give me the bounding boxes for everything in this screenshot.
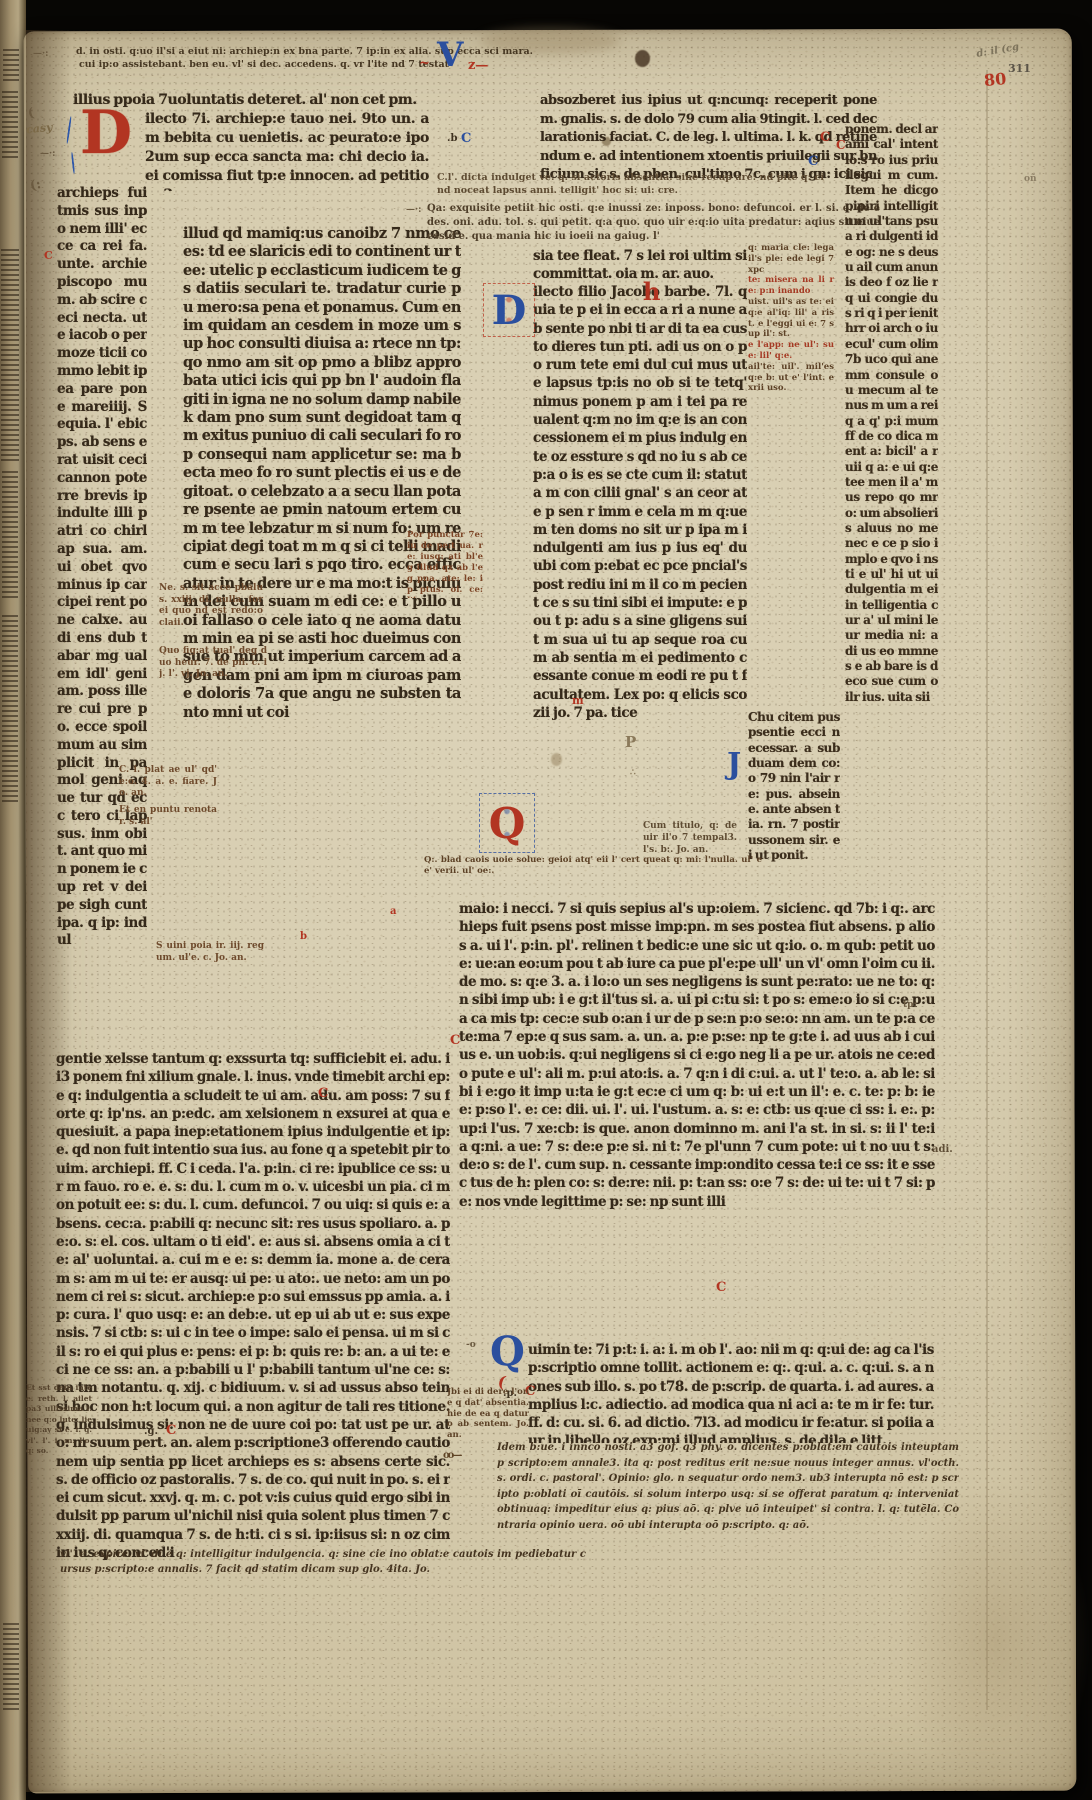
gloss-column-right: ponem. decl arami cal' intentio:s ro ius… <box>845 122 938 910</box>
margin-note-adi: adi. <box>932 1144 953 1155</box>
citation-text-red: te: misera na li re: p:n inando <box>748 275 834 297</box>
edge-text-fragment <box>1 246 19 461</box>
pilcrow-red: C <box>44 249 53 262</box>
rubric-mark-m: m <box>572 694 584 707</box>
initial-d-red: D <box>80 104 132 162</box>
tie-mark-small: -o <box>466 1340 476 1350</box>
gutter-note-acce: Ne. s. sit acce pbalus. xxiij. di. nulla… <box>159 583 263 643</box>
citation-text-red: e l'app: ne ul': sue: lil' q:e. <box>748 340 834 362</box>
red-folio-number: 80 <box>983 69 1007 90</box>
margin-note-left-bottom: Et sst dein intee. reth. l. ailet pa3 ul… <box>26 1383 92 1487</box>
fold-crease <box>986 70 988 1710</box>
running-title-flourish-right: z— <box>468 58 488 73</box>
paragraph-dash-mark: —·: <box>33 49 48 59</box>
pilcrow-red: C <box>166 1423 176 1438</box>
tie-mark-double: oo— <box>443 1450 460 1461</box>
margin-note-on: oñ <box>1024 174 1037 184</box>
edge-text-fragment <box>2 88 18 158</box>
initial-q-blue: Q <box>490 1332 525 1372</box>
pilcrow-red: C <box>716 1280 726 1295</box>
citation-text: uist. uil's as te: ei q:e al'iq: lil' a … <box>748 297 834 340</box>
pilcrow-blue: C <box>461 131 471 146</box>
correction-letter-b: b <box>300 931 307 942</box>
gutter-note-jbi: Jbi ei di dere l'one q dat' absentia. hi… <box>447 1387 529 1447</box>
gutter-note-quo: Quo fig:at tual' deg duo heur. 7. de pii… <box>159 646 267 698</box>
citation-text: q: maria cle: lega il's ple: ede legi 7 … <box>748 243 834 275</box>
initial-q-red-box: Q <box>479 793 535 853</box>
column-footnote-blada: Q:. blad caois uoie solue: geioi atq' ei… <box>424 855 762 881</box>
catch-letter-b: .b <box>447 133 457 144</box>
citation-text: ail'te: uil'. mil'es q:e b: ut e' l'int.… <box>748 362 834 394</box>
pencil-foliation: 311 <box>1008 62 1031 75</box>
pilcrow-red: C <box>318 1086 328 1101</box>
running-title-flourish-left: ~ <box>419 56 430 71</box>
pilcrow-blue: C <box>808 154 818 169</box>
catch-letter-g: .g. <box>144 1426 158 1437</box>
initial-h-red: h <box>643 280 660 304</box>
manuscript-photo: d: il (cg 311 80 oñ d. in osti. q:uo il'… <box>0 0 1092 1800</box>
edge-text-fragment <box>2 612 18 802</box>
lower-right-text-block-end: uimin te: 7i p:t: i. a: i. m ob l'. ao: … <box>528 1341 934 1443</box>
pilcrow-red: C <box>820 130 830 145</box>
text-column-right: ilecto filio Jacobo barbe. 7l. quia te p… <box>533 283 747 909</box>
pen-flourish-dots: ∴ <box>630 768 636 778</box>
initial-d-blue-box: D <box>483 283 535 337</box>
header-gloss-line-1: d. in osti. q:uo il'si a eiut ni: archie… <box>76 45 581 59</box>
gloss-insert-2: Qa: exquisite petiit hic osti. q:e inuss… <box>427 202 880 246</box>
margin-note-plat: C. i. plat ae ul' qd' e:o. 4. a. e. fiar… <box>119 765 217 805</box>
margin-note-casy: casy <box>25 121 53 137</box>
margin-note-tp: tp: <box>903 1000 917 1010</box>
edge-text-fragment <box>3 1620 19 1710</box>
edge-text-fragment <box>3 46 19 82</box>
initial-d-blue: D <box>492 287 527 334</box>
bottom-footnote: vl'. e. expire. vl' di e q: intelligitur… <box>60 1547 586 1583</box>
header-gloss-line-2: cui ip:o assistebant. ben eu. vl' si dec… <box>79 58 449 72</box>
text-column-right-opening: sia tee fleat. 7 s lei roi ultim si comm… <box>533 247 747 285</box>
paragraph-dash-mark: —·: <box>40 149 55 159</box>
gloss-insert-1: C.l'. dicta indulget ve: q. si actoris a… <box>437 171 824 199</box>
gloss-column-left: archieps fuitmis sus inpo nem illi' ecce… <box>57 185 147 1053</box>
paragraph-dash-mark: —·: <box>406 205 421 215</box>
pen-flourish-p: P <box>625 733 636 751</box>
initial-j-blue: J <box>727 750 741 780</box>
addition-note-block: Idem b:ue. i inncō nosti. a3 gof. q3 phy… <box>497 1440 959 1538</box>
lower-left-text-block: gentie xelsse tantum q: exssurta tq: suf… <box>56 1050 450 1562</box>
edge-text-fragment <box>2 468 18 598</box>
running-title-letter-v: V <box>437 38 463 72</box>
lower-right-text-block: maio: i necci. 7 si quis sepius al's up:… <box>459 900 935 1342</box>
initial-q-red: Q <box>489 799 526 848</box>
gutter-note-suini: S uini poia ir. iij. regum. ul'e. c. Jo.… <box>156 941 264 985</box>
pilcrow-red: C <box>450 1033 460 1048</box>
margin-note-eten: Et en puntu renotar. s. al' <box>119 805 217 831</box>
gutter-note-por: Por punctar 7e: iu de pe:t ua. re: iusq:… <box>407 530 483 598</box>
gloss-citations-cluster: q: maria cle: lega il's ple: ede legi 7 … <box>748 243 834 437</box>
correction-letter-a: a <box>390 906 396 917</box>
